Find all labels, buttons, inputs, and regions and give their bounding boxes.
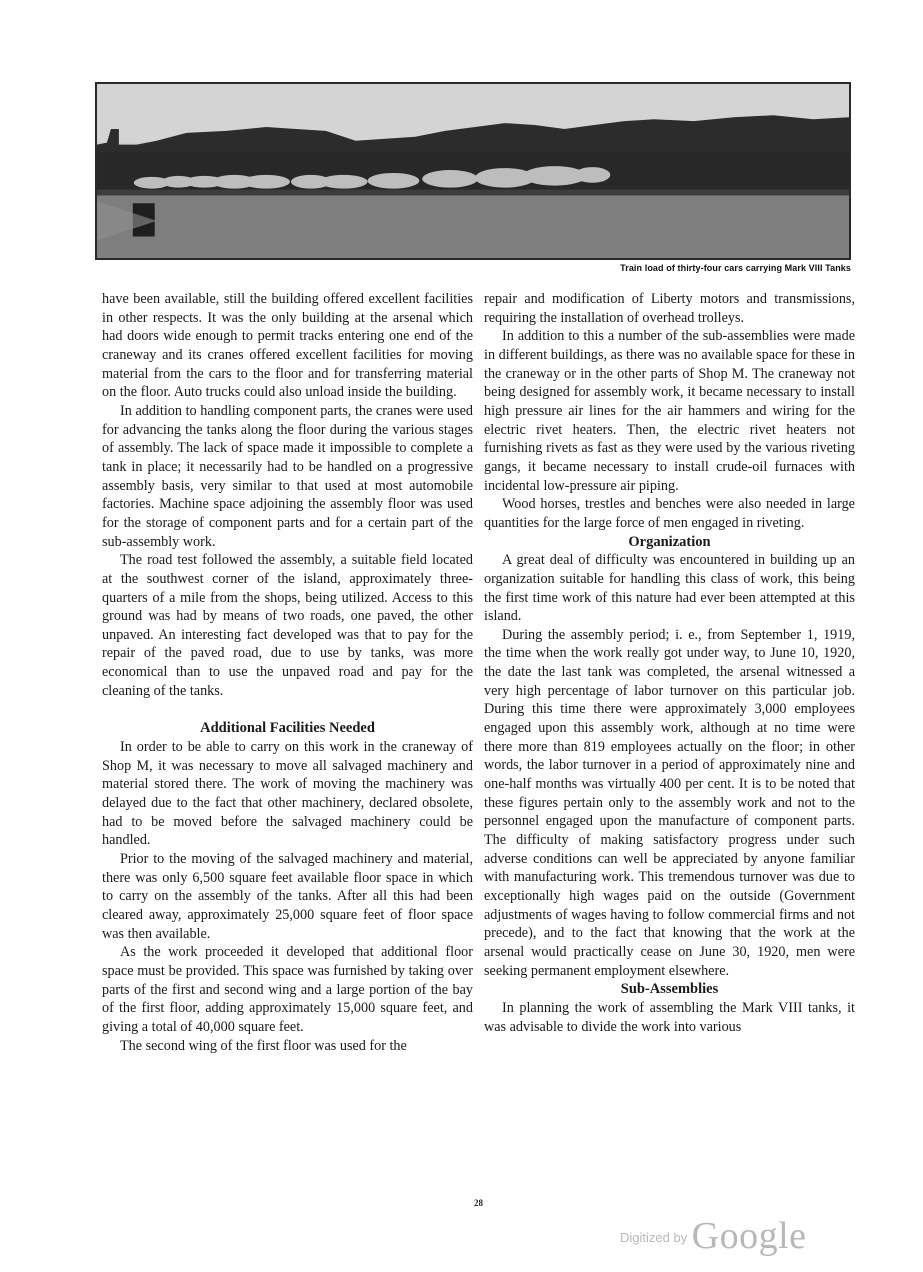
paragraph: In planning the work of assembling the M…: [484, 999, 855, 1036]
paragraph: As the work proceeded it developed that …: [102, 943, 473, 1036]
left-column: have been available, still the building …: [102, 290, 473, 1055]
paragraph: The road test followed the assembly, a s…: [102, 551, 473, 700]
train-photo-illustration: [97, 84, 849, 258]
paragraph: A great deal of difficulty was encounter…: [484, 551, 855, 626]
section-heading: Sub-Assemblies: [484, 980, 855, 999]
paragraph: In addition to this a number of the sub-…: [484, 327, 855, 495]
paragraph: The second wing of the first floor was u…: [102, 1037, 473, 1056]
section-heading: Organization: [484, 533, 855, 552]
section-heading: Additional Facilities Needed: [102, 719, 473, 738]
paragraph: In addition to handling component parts,…: [102, 402, 473, 551]
paragraph: have been available, still the building …: [102, 290, 473, 402]
paragraph: In order to be able to carry on this wor…: [102, 738, 473, 850]
right-column: repair and modification of Liberty motor…: [484, 290, 855, 1036]
paragraph: During the assembly period; i. e., from …: [484, 626, 855, 980]
digitized-watermark: Digitized by Google: [620, 1214, 807, 1258]
paragraph: Prior to the moving of the salvaged mach…: [102, 850, 473, 943]
paragraph: Wood horses, trestles and benches were a…: [484, 495, 855, 532]
google-logo-text: Google: [692, 1215, 807, 1257]
watermark-prefix: Digitized by: [620, 1230, 687, 1245]
page-number: 28: [474, 1198, 483, 1208]
train-photo: [95, 82, 851, 260]
paragraph: repair and modification of Liberty motor…: [484, 290, 855, 327]
figure-caption: Train load of thirty-four cars carrying …: [480, 263, 851, 273]
